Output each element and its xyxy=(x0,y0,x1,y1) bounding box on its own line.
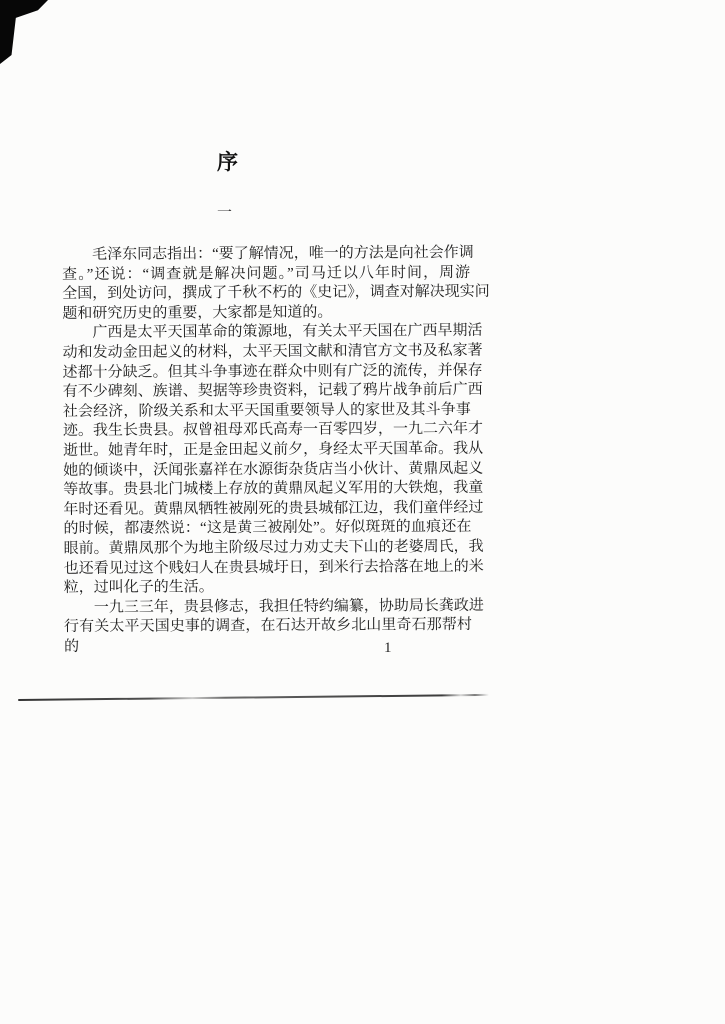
scan-noise xyxy=(0,0,2,2)
text-line: 的时候，都凄然说：“这是黄三被剐处”。好似斑斑的血痕还在 xyxy=(63,518,471,540)
text-line: 逝世。她青年时，正是金田起义前夕，身经太平天国革命。我从 xyxy=(63,440,471,462)
text-line: 有不少碑刻、族谱、契据等珍贵资料，记载了鸦片战争前后广西 xyxy=(63,381,471,403)
scan-crease-line xyxy=(18,694,489,701)
text-line: 题和研究历史的重要，大家都是知道的。 xyxy=(62,303,470,325)
text-line: 动和发动金田起义的材料，太平天国文献和清官方文书及私家著 xyxy=(63,342,471,364)
text-line: 社会经济，阶级关系和太平天国重要领导人的家世及其斗争事迹。 xyxy=(63,401,471,423)
scan-corner-artifact xyxy=(0,0,48,64)
text-line: 年时还看见。黄鼎凤牺牲被剐死的贵县城郁江边，我们童伴经过 xyxy=(63,499,471,521)
text-line: 也还看见过这个贱妇人在贵县城圩日，到米行去拾落在地上的米 xyxy=(64,557,472,579)
text-line: 眼前。黄鼎凤那个为地主阶级尽过力劝丈夫下山的老婆周氏，我 xyxy=(64,538,472,560)
text-line: 粒，过叫化子的生活。 xyxy=(64,577,472,599)
text-line: 广西是太平天国革命的策源地，有关太平天国在广西早期活 xyxy=(62,322,470,344)
body-text: 毛泽东同志指出：“要了解情况，唯一的方法是向社会作调查。”还说：“调查就是解决问… xyxy=(62,244,472,638)
page-title: 序 xyxy=(217,146,238,176)
text-line: 等故事。贵县北门城楼上存放的黄鼎凤起义军用的大铁炮，我童 xyxy=(63,479,471,501)
text-line: 述都十分缺乏。但其斗争事迹在群众中则有广泛的流传，并保存 xyxy=(63,361,471,383)
text-line: 行有关太平天国史事的调查，在石达开故乡北山里奇石那帮村的 xyxy=(64,616,472,638)
text-line: 查。”还说：“调查就是解决问题。”司马迁以八年时间，周游 xyxy=(62,263,470,285)
scanned-page: 序 一 毛泽东同志指出：“要了解情况，唯一的方法是向社会作调查。”还说：“调查就… xyxy=(0,0,725,1024)
text-line: 全国，到处访问，撰成了千秋不朽的《史记》，调查对解决现实问 xyxy=(62,283,470,305)
page-number: 1 xyxy=(384,640,392,657)
text-line: 她的倾谈中，沃闻张嘉祥在水源街杂货店当小伙计、黄鼎凤起义 xyxy=(63,459,471,481)
section-marker: 一 xyxy=(217,201,232,222)
text-line: 我生长贵县。叔曾祖母邓氏高寿一百零四岁，一九二六年才 xyxy=(63,420,471,442)
text-line: 一九三三年，贵县修志，我担任特约编纂，协助局长龚政进 xyxy=(64,597,472,619)
text-line: 毛泽东同志指出：“要了解情况，唯一的方法是向社会作调 xyxy=(62,244,470,266)
